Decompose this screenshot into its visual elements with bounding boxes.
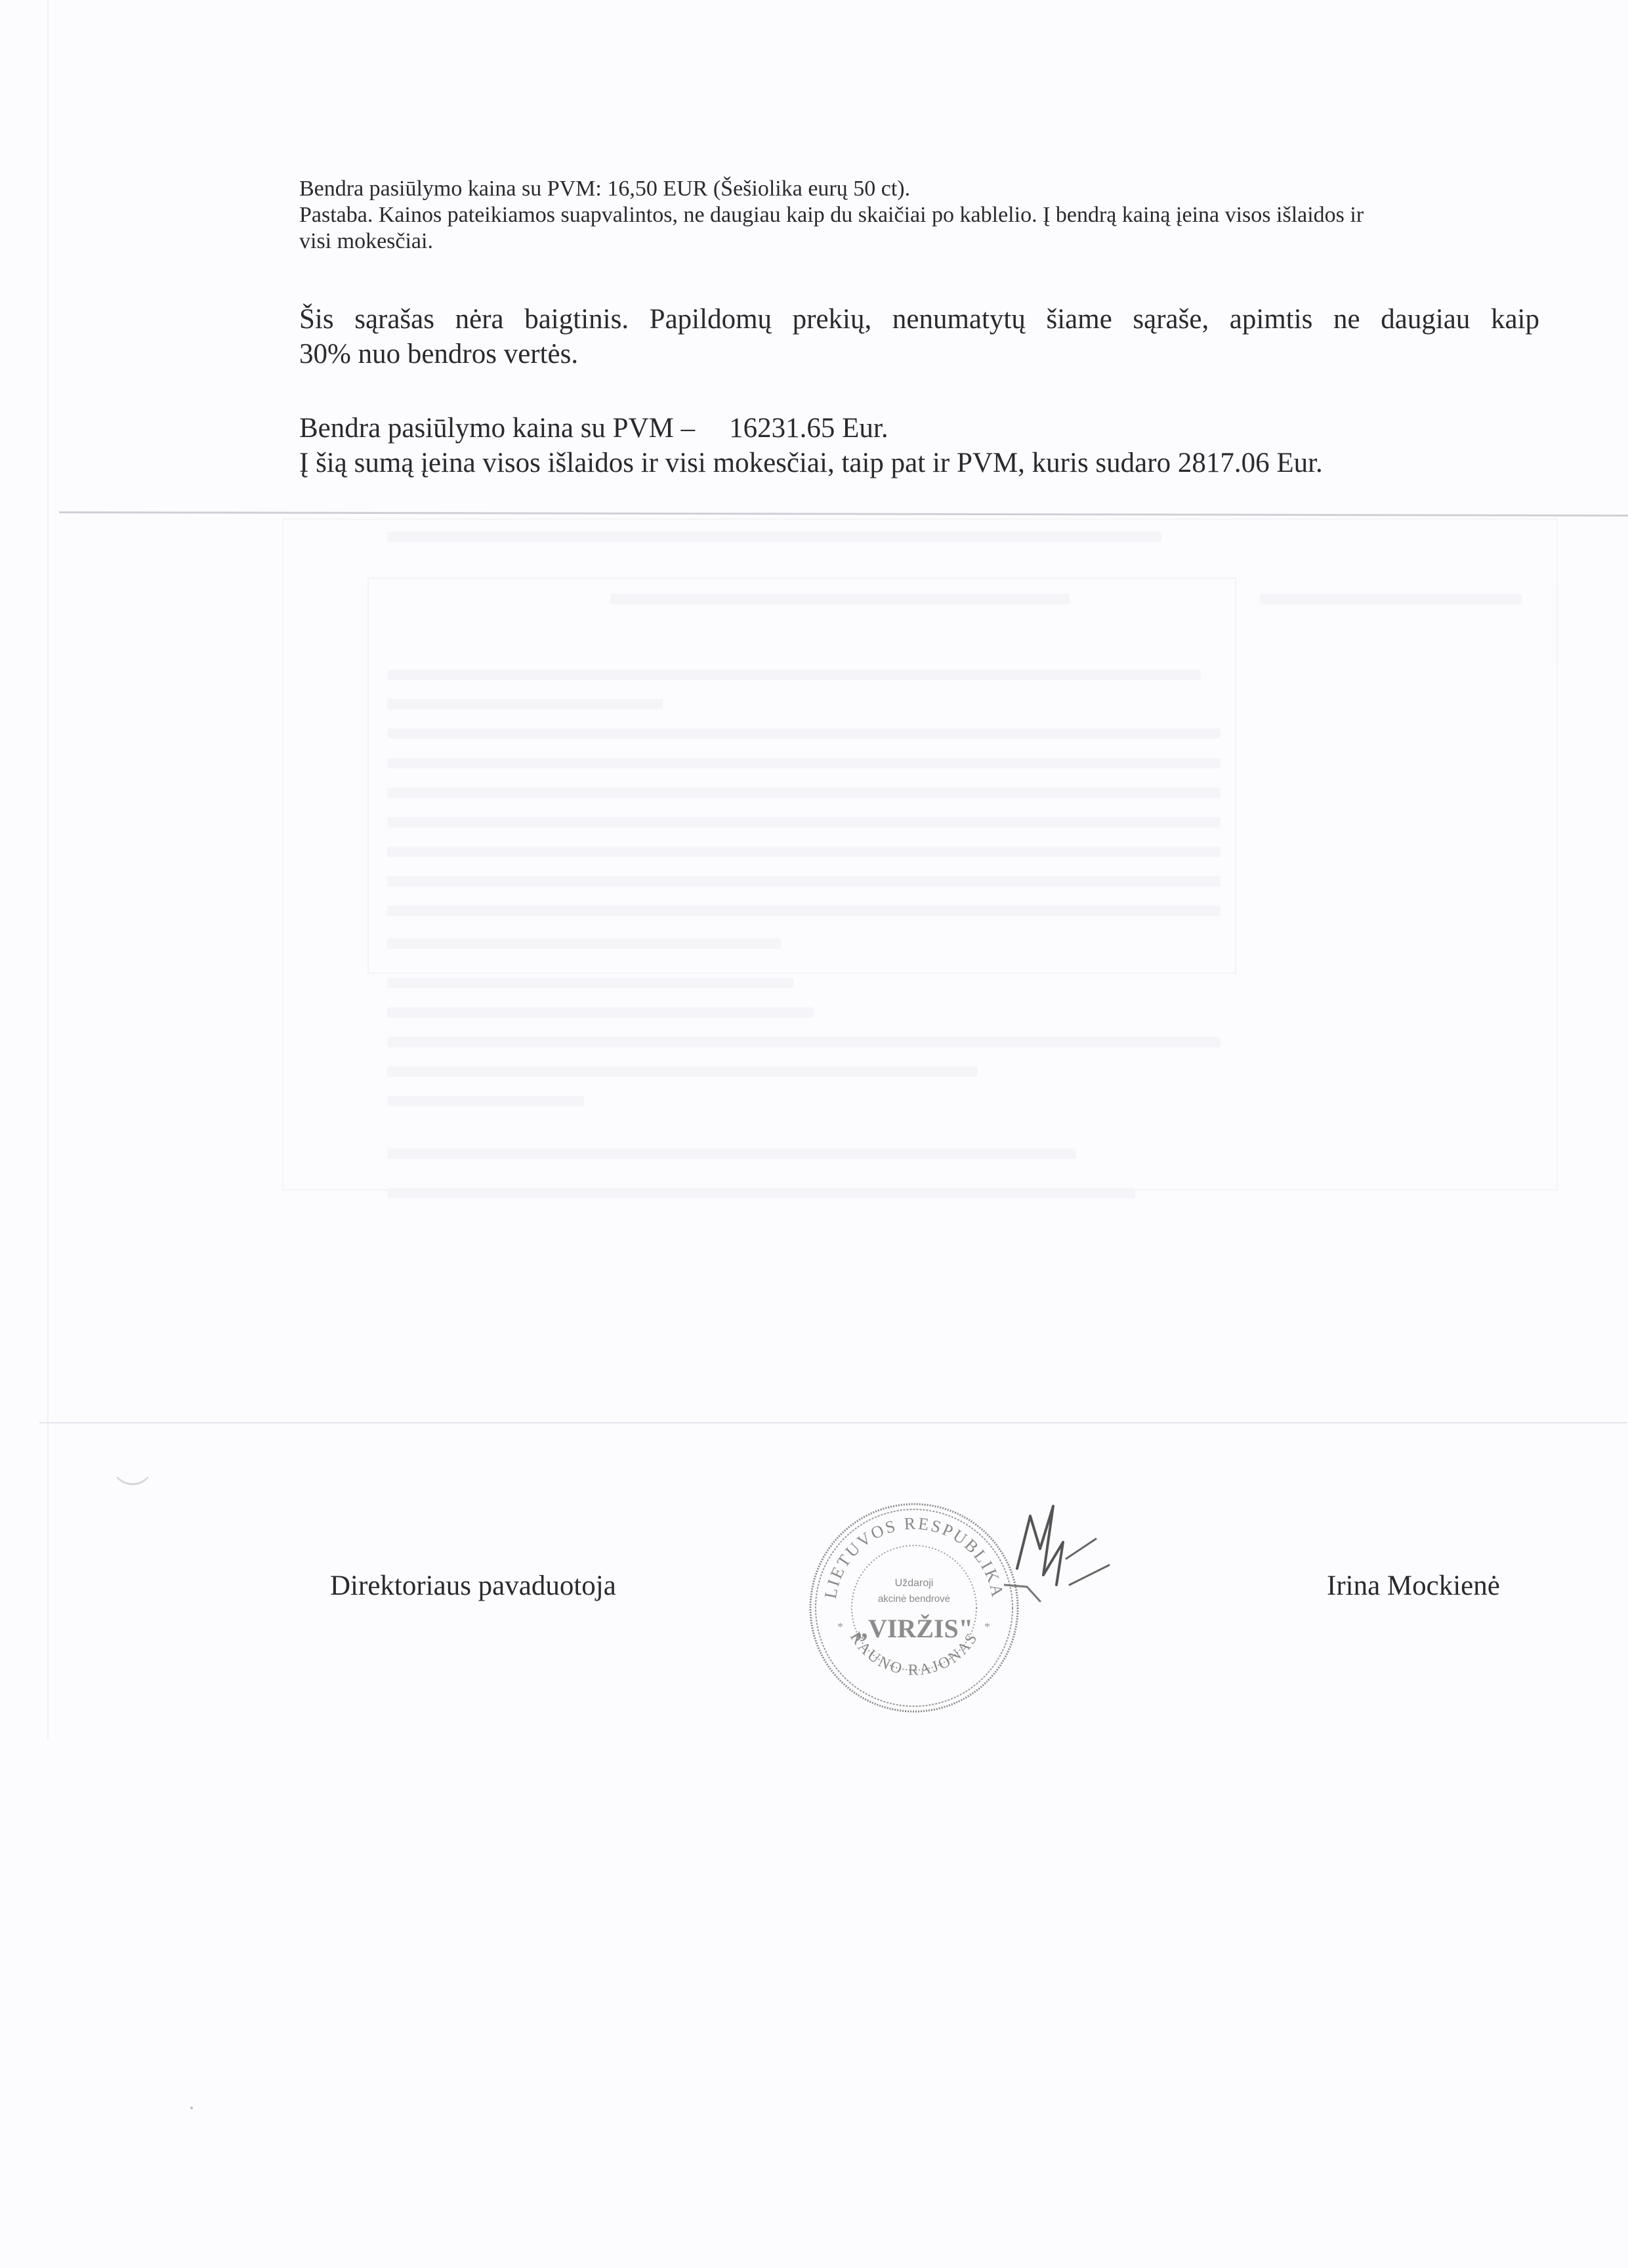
svg-text:Uždaroji: Uždaroji <box>895 1578 934 1589</box>
fold-line <box>39 1422 1627 1423</box>
total-price-block: Bendra pasiūlymo kaina su PVM –16231.65 … <box>299 411 1546 480</box>
scope-note-line1: Šis sąrašas nėra baigtinis. Papildomų pr… <box>299 302 1539 337</box>
total-price-line: Bendra pasiūlymo kaina su PVM –16231.65 … <box>299 411 1546 446</box>
signatory-name: Irina Mockienė <box>1327 1570 1500 1602</box>
rounding-note-line-cont: visi mokesčiai. <box>299 228 1546 255</box>
stamp-seal-icon: LIETUVOS RESPUBLIKA KAUNO RAJONAS Uždaro… <box>806 1500 1022 1716</box>
total-price-label: Bendra pasiūlymo kaina su PVM – <box>299 413 695 444</box>
page-edge-shadow <box>47 0 49 1739</box>
company-stamp: LIETUVOS RESPUBLIKA KAUNO RAJONAS Uždaro… <box>806 1500 1022 1716</box>
document-page: Bendra pasiūlymo kaina su PVM: 16,50 EUR… <box>0 0 1628 2268</box>
handwritten-signature <box>1004 1503 1135 1627</box>
punch-hole-mark <box>112 1444 154 1485</box>
price-summary-line: Bendra pasiūlymo kaina su PVM: 16,50 EUR… <box>299 176 1546 202</box>
signatory-role: Direktoriaus pavaduotoja <box>330 1570 616 1602</box>
rounding-note-line: Pastaba. Kainos pateikiamos suapvalintos… <box>299 202 1546 228</box>
vat-note: Į šią sumą įeina visos išlaidos ir visi … <box>299 446 1546 480</box>
svg-text:*: * <box>837 1620 843 1633</box>
scope-note: Šis sąrašas nėra baigtinis. Papildomų pr… <box>299 302 1539 371</box>
svg-text:akcinė bendrovė: akcinė bendrovė <box>878 1593 950 1605</box>
svg-text:*: * <box>984 1620 990 1633</box>
bleed-through-ghost <box>282 518 1562 1352</box>
total-price-value: 16231.65 Eur. <box>729 413 888 444</box>
horizontal-divider <box>59 511 1628 516</box>
svg-text:„VIRŽIS": „VIRŽIS" <box>855 1614 973 1643</box>
scan-speck <box>190 2107 193 2109</box>
scope-note-line2: 30% nuo bendros vertės. <box>299 337 1539 371</box>
price-summary-small: Bendra pasiūlymo kaina su PVM: 16,50 EUR… <box>299 176 1546 255</box>
signature-scribble-icon <box>1004 1503 1135 1627</box>
